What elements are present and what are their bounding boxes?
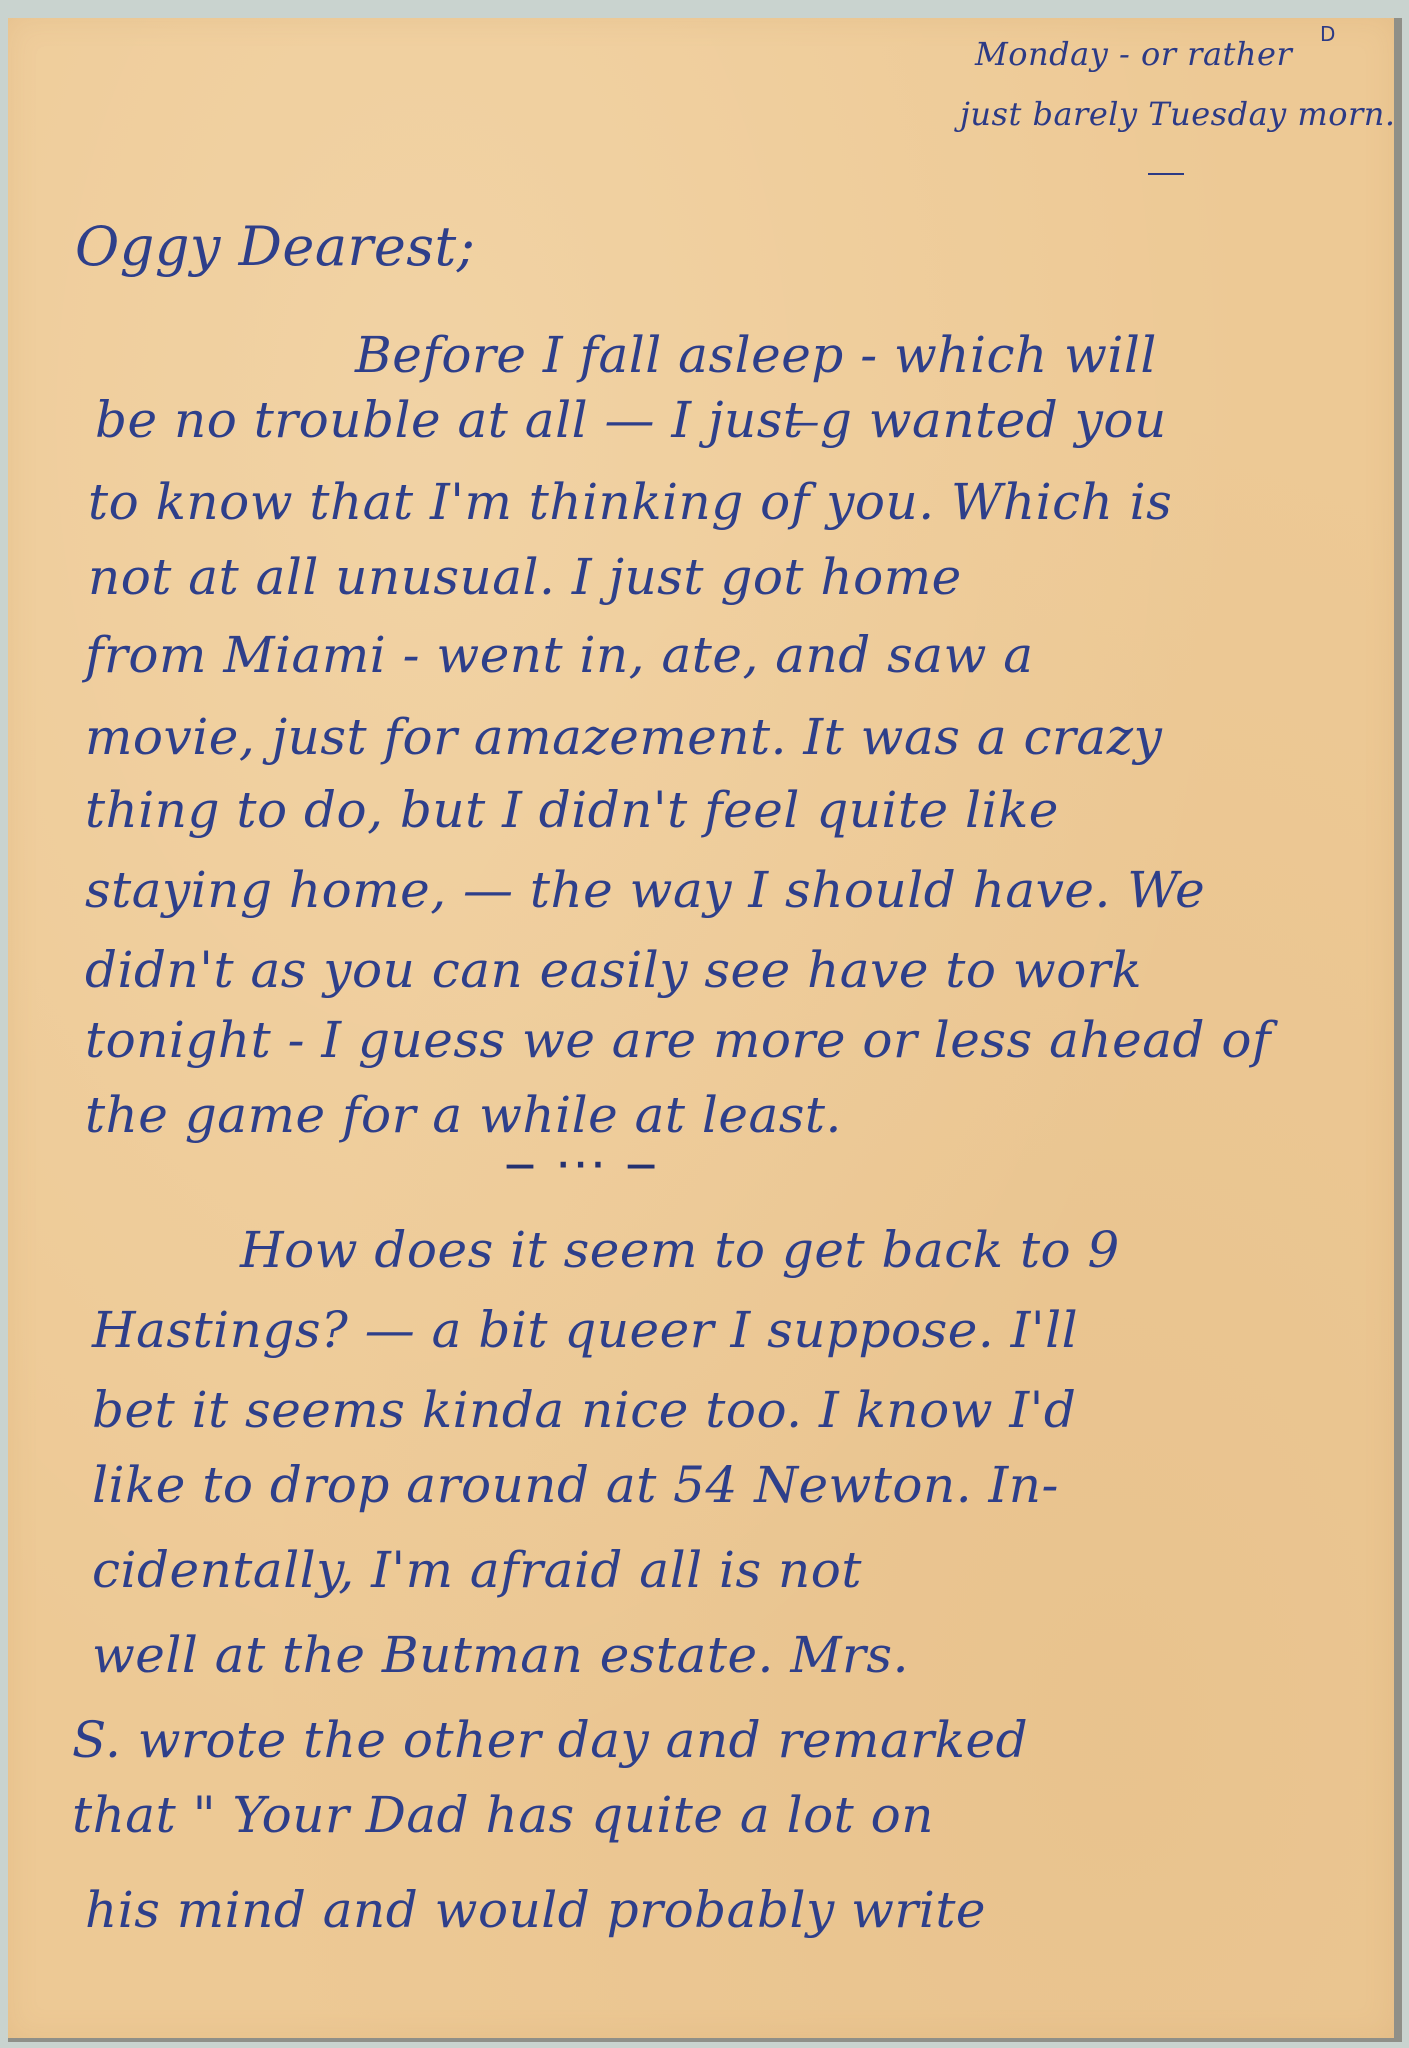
letter-line: thing to do, but I didn't feel quite lik… xyxy=(85,785,1059,835)
letter-line: cidentally, I'm afraid all is not xyxy=(92,1545,862,1595)
page-mark: D xyxy=(1320,22,1335,46)
letter-line: from Miami - went in, ate, and saw a xyxy=(85,630,1034,680)
letter-line: Hastings? — a bit queer I suppose. I'll xyxy=(92,1305,1078,1355)
salutation: Oggy Dearest; xyxy=(75,220,475,274)
letter-line: staying home, — the way I should have. W… xyxy=(85,865,1205,915)
letter-line: bet it seems kinda nice too. I know I'd xyxy=(92,1385,1076,1435)
letter-line: his mind and would probably write xyxy=(85,1885,986,1935)
letter-line: to know that I'm thinking of you. Which … xyxy=(88,477,1172,527)
letter-line: that " Your Dad has quite a lot on xyxy=(72,1790,934,1840)
letter-line: like to drop around at 54 Newton. In- xyxy=(92,1460,1059,1510)
letter-line: be no trouble at all — I just ̶g wanted … xyxy=(95,395,1167,445)
letter-line: Before I fall asleep - which will xyxy=(355,330,1157,380)
dateline-underline xyxy=(1148,173,1184,175)
dateline-1: Monday - or rather xyxy=(975,38,1292,70)
letter-line: well at the Butman estate. Mrs. xyxy=(92,1630,909,1680)
letter-line: tonight - I guess we are more or less ah… xyxy=(85,1015,1271,1065)
dateline-2: just barely Tuesday morn. xyxy=(960,98,1396,130)
letter-line: How does it seem to get back to 9 xyxy=(240,1225,1120,1275)
letter-line: not at all unusual. I just got home xyxy=(88,552,962,602)
letter-line: movie, just for amazement. It was a craz… xyxy=(85,712,1162,762)
letter-line: S. wrote the other day and remarked xyxy=(72,1715,1028,1765)
letter-line: the game for a while at least. xyxy=(85,1090,842,1140)
section-divider: — ··· — xyxy=(505,1148,662,1183)
letter-line: didn't as you can easily see have to wor… xyxy=(85,945,1142,995)
